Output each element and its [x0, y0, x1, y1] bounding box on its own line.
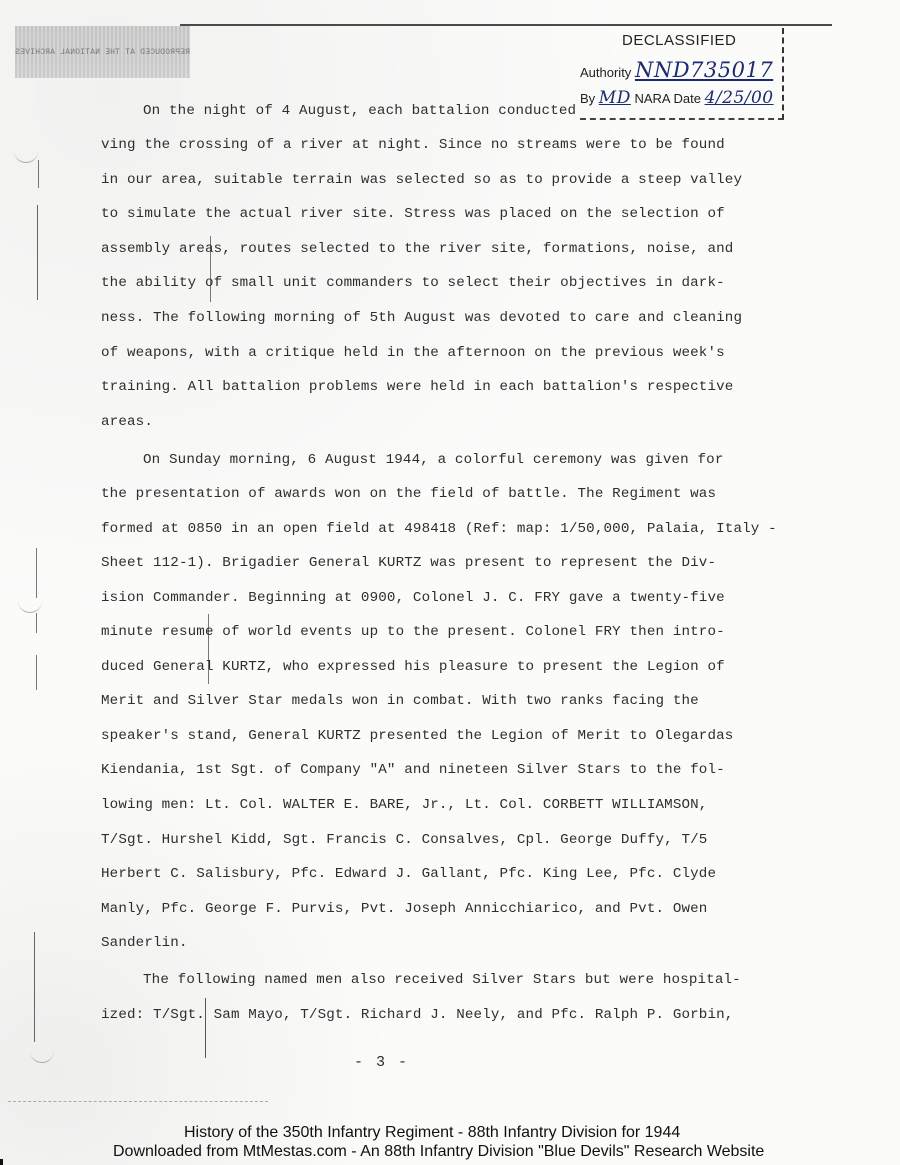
authority-row: Authority NND735017 — [580, 58, 773, 82]
margin-line-mark — [36, 548, 37, 598]
margin-line-mark — [36, 655, 37, 690]
body-line: The following named men also received Si… — [143, 972, 741, 988]
declassified-title: DECLASSIFIED — [622, 32, 736, 49]
body-line: ized: T/Sgt. Sam Mayo, T/Sgt. Richard J.… — [101, 1007, 733, 1023]
body-line: Sanderlin. — [101, 935, 188, 951]
body-line: Herbert C. Salisbury, Pfc. Edward J. Gal… — [101, 866, 716, 882]
body-line: the presentation of awards won on the fi… — [101, 486, 716, 502]
body-line: training. All battalion problems were he… — [101, 379, 733, 395]
body-line: in our area, suitable terrain was select… — [101, 172, 742, 188]
by-label: By — [580, 91, 595, 106]
body-line: minute resume of world events up to the … — [101, 624, 725, 640]
margin-line-mark — [34, 932, 35, 1042]
body-line: Kiendania, 1st Sgt. of Company "A" and n… — [101, 762, 725, 778]
body-line: Merit and Silver Star medals won in comb… — [101, 693, 699, 709]
body-line: assembly areas, routes selected to the r… — [101, 241, 733, 257]
body-line: speaker's stand, General KURTZ presented… — [101, 728, 733, 744]
by-value: MD — [599, 88, 631, 108]
archive-stamp-text: REPRODUCED AT THE NATIONAL ARCHIVES — [15, 48, 190, 57]
bottom-rule — [8, 1101, 268, 1103]
body-line: of weapons, with a critique held in the … — [101, 345, 725, 361]
body-line: ision Commander. Beginning at 0900, Colo… — [101, 590, 725, 606]
body-line: On Sunday morning, 6 August 1944, a colo… — [143, 452, 723, 468]
body-line: areas. — [101, 414, 153, 430]
body-line: lowing men: Lt. Col. WALTER E. BARE, Jr.… — [101, 797, 707, 813]
body-line: Sheet 112-1). Brigadier General KURTZ wa… — [101, 555, 716, 571]
body-line: formed at 0850 in an open field at 49841… — [101, 521, 777, 537]
page-number: - 3 - — [354, 1054, 409, 1071]
margin-line-mark — [37, 205, 38, 300]
footer-title: History of the 350th Infantry Regiment -… — [184, 1124, 680, 1142]
body-line: On the night of 4 August, each battalion… — [143, 103, 576, 119]
margin-punch-mark — [30, 1050, 54, 1063]
footer-source: Downloaded from MtMestas.com - An 88th I… — [113, 1143, 764, 1161]
body-line: ness. The following morning of 5th Augus… — [101, 310, 742, 326]
nara-date-value: 4/25/00 — [705, 88, 774, 108]
corner-mark — [0, 1159, 3, 1165]
body-line: to simulate the actual river site. Stres… — [101, 206, 725, 222]
margin-line-mark — [36, 613, 37, 633]
body-line: Manly, Pfc. George F. Purvis, Pvt. Josep… — [101, 901, 707, 917]
nara-date-label: NARA Date — [634, 91, 700, 106]
declassified-stamp: DECLASSIFIED Authority NND735017 By MD N… — [580, 28, 784, 120]
margin-line-mark — [38, 160, 39, 188]
margin-punch-mark — [14, 150, 38, 163]
header-rule — [180, 24, 832, 26]
authority-value: NND735017 — [635, 58, 773, 82]
body-line: duced General KURTZ, who expressed his p… — [101, 659, 725, 675]
body-line: the ability of small unit commanders to … — [101, 275, 725, 291]
body-line: T/Sgt. Hurshel Kidd, Sgt. Francis C. Con… — [101, 832, 707, 848]
margin-punch-mark — [18, 600, 42, 613]
authority-label: Authority — [580, 65, 631, 80]
body-line: ving the crossing of a river at night. S… — [101, 137, 725, 153]
by-row: By MD NARA Date 4/25/00 — [580, 88, 774, 108]
